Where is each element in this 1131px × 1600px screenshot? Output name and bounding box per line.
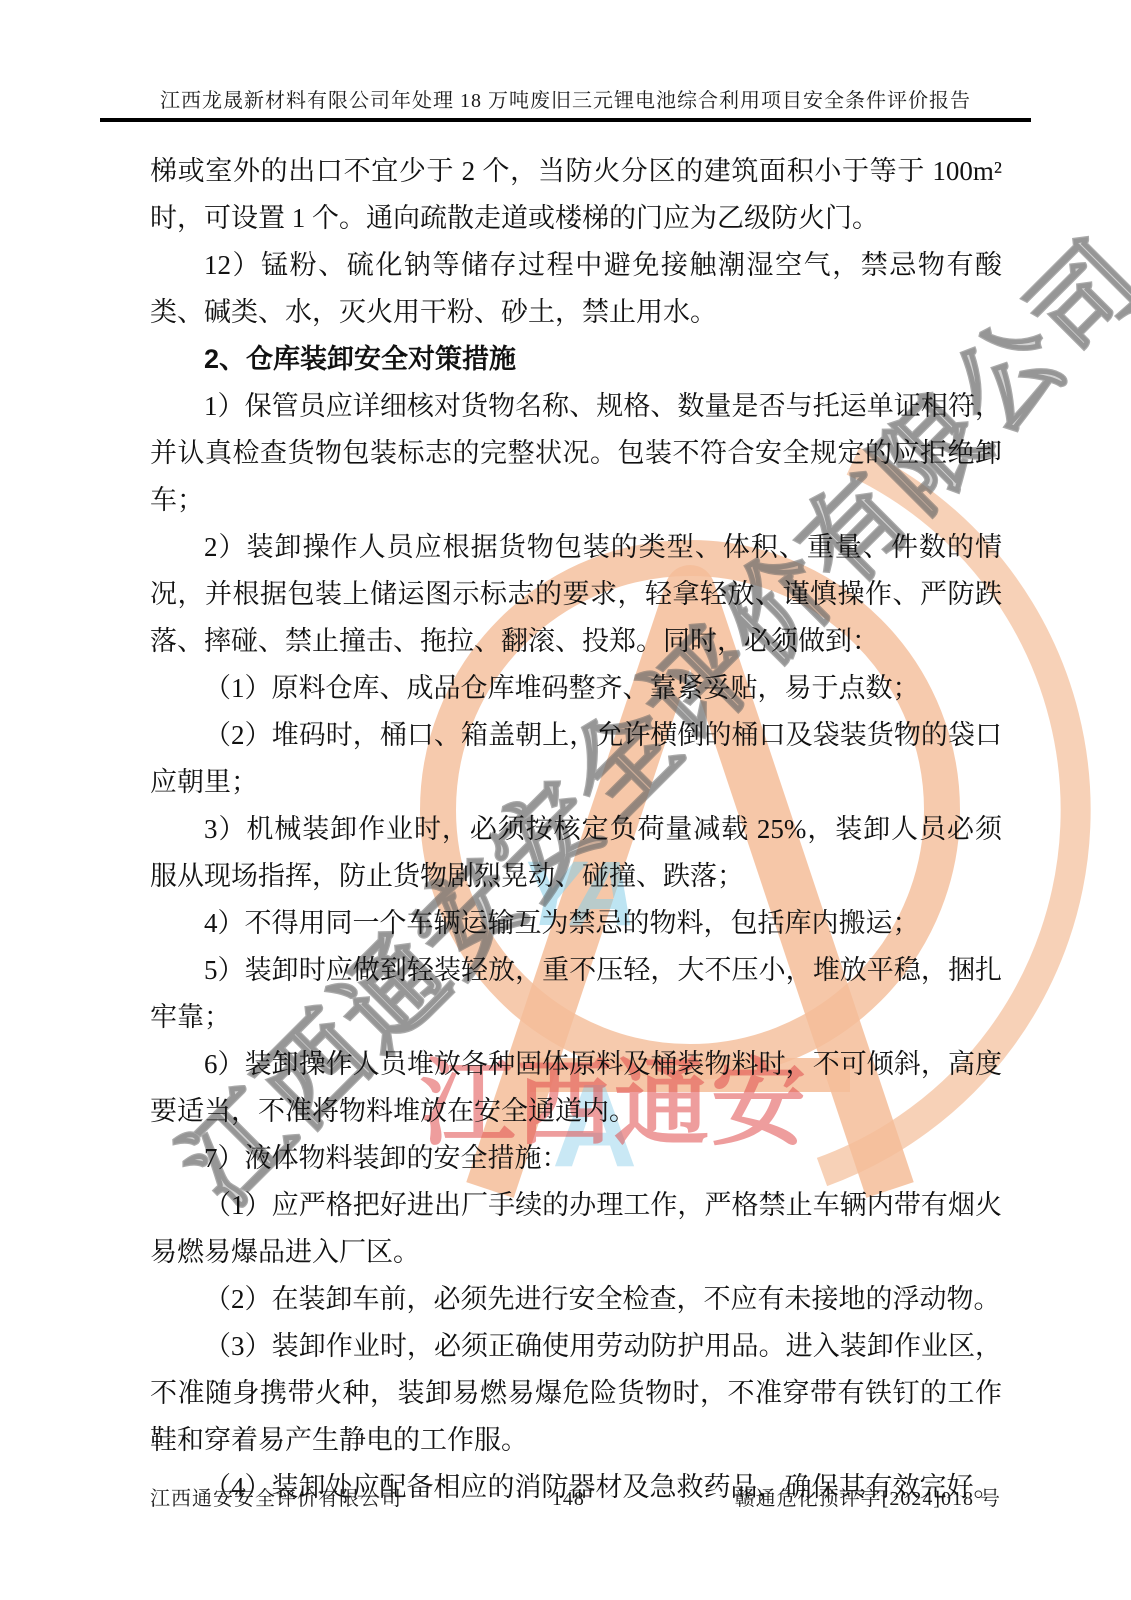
- page-header: 江西龙晟新材料有限公司年处理 18 万吨废旧三元锂电池综合利用项目安全条件评价报…: [0, 0, 1131, 122]
- paragraph: 6）装卸操作人员堆放各种固体原料及桶装物料时，不可倾斜，高度要适当，不准将物料堆…: [150, 1041, 1002, 1135]
- paragraph: 梯或室外的出口不宜少于 2 个，当防火分区的建筑面积小于等于 100m²时，可设…: [150, 148, 1002, 242]
- paragraph: 3）机械装卸作业时，必须按核定负荷量减载 25%，装卸人员必须服从现场指挥，防止…: [150, 806, 1002, 900]
- paragraph: 4）不得用同一个车辆运输互为禁忌的物料，包括库内搬运；: [150, 900, 1002, 947]
- header-title: 江西龙晟新材料有限公司年处理 18 万吨废旧三元锂电池综合利用项目安全条件评价报…: [0, 84, 1131, 113]
- document-page: YA A 江西通安安全评价有限公司 江西通安 江西龙晟新材料有限公司年处理 18…: [0, 0, 1131, 1600]
- paragraph: （1）原料仓库、成品仓库堆码整齐、靠紧妥贴，易于点数；: [150, 665, 1002, 712]
- paragraph: 12）锰粉、硫化钠等储存过程中避免接触潮湿空气，禁忌物有酸类、碱类、水，灭火用干…: [150, 242, 1002, 336]
- document-body: 梯或室外的出口不宜少于 2 个，当防火分区的建筑面积小于等于 100m²时，可设…: [150, 148, 1002, 1511]
- paragraph: （1）应严格把好进出厂手续的办理工作，严格禁止车辆内带有烟火易燃易爆品进入厂区。: [150, 1182, 1002, 1276]
- paragraph: 5）装卸时应做到轻装轻放，重不压轻，大不压小，堆放平稳，捆扎牢靠；: [150, 947, 1002, 1041]
- footer-document-number: 赣通危化预评字[2024]018 号: [735, 1482, 1001, 1511]
- paragraph: 7）液体物料装卸的安全措施：: [150, 1135, 1002, 1182]
- section-heading: 2、仓库装卸安全对策措施: [150, 336, 1002, 383]
- header-rule: [100, 118, 1031, 122]
- page-footer: 江西通安安全评价有限公司 148 赣通危化预评字[2024]018 号: [150, 1482, 1001, 1511]
- footer-page-number: 148: [552, 1488, 585, 1511]
- paragraph: 1）保管员应详细核对货物名称、规格、数量是否与托运单证相符，并认真检查货物包装标…: [150, 383, 1002, 524]
- footer-company-name: 江西通安安全评价有限公司: [150, 1482, 402, 1511]
- paragraph: （3）装卸作业时，必须正确使用劳动防护用品。进入装卸作业区，不准随身携带火种，装…: [150, 1323, 1002, 1464]
- paragraph: 2）装卸操作人员应根据货物包装的类型、体积、重量、件数的情况，并根据包装上储运图…: [150, 524, 1002, 665]
- paragraph: （2）堆码时，桶口、箱盖朝上，允许横倒的桶口及袋装货物的袋口应朝里；: [150, 712, 1002, 806]
- paragraph: （2）在装卸车前，必须先进行安全检查，不应有未接地的浮动物。: [150, 1276, 1002, 1323]
